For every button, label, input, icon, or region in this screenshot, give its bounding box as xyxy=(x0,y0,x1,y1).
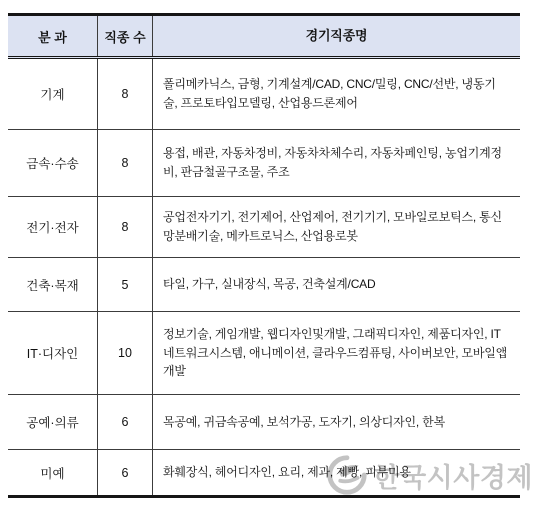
table-row: 미예 6 화훼장식, 헤어디자인, 요리, 제과, 제빵, 피부미용 xyxy=(8,450,520,495)
count-cell: 8 xyxy=(97,130,153,196)
count-cell: 6 xyxy=(97,450,153,495)
division-cell: 전기·전자 xyxy=(8,197,97,257)
table-row: 기계 8 폴리메카닉스, 금형, 기계설계/CAD, CNC/밀링, CNC/선… xyxy=(8,59,520,130)
division-cell: 미예 xyxy=(8,450,97,495)
count-cell: 10 xyxy=(97,312,153,394)
jobs-cell: 정보기술, 게임개발, 웹디자인및개발, 그래픽디자인, 제품디자인, IT네트… xyxy=(153,312,520,394)
jobs-cell: 용접, 배관, 자동차정비, 자동차차체수리, 자동차페인팅, 농업기계정비, … xyxy=(153,130,520,196)
header-cell-jobs: 경기직종명 xyxy=(153,16,520,56)
division-cell: 건축·목재 xyxy=(8,258,97,311)
jobs-cell: 타일, 가구, 실내장식, 목공, 건축설계/CAD xyxy=(153,258,520,311)
table-row: 건축·목재 5 타일, 가구, 실내장식, 목공, 건축설계/CAD xyxy=(8,258,520,312)
page: 분 과 직종 수 경기직종명 기계 8 폴리메카닉스, 금형, 기계설계/CAD… xyxy=(0,0,535,506)
jobs-cell: 목공예, 귀금속공예, 보석가공, 도자기, 의상디자인, 한복 xyxy=(153,395,520,449)
table-header-row: 분 과 직종 수 경기직종명 xyxy=(8,16,520,59)
division-cell: IT·디자인 xyxy=(8,312,97,394)
table-row: 금속·수송 8 용접, 배관, 자동차정비, 자동차차체수리, 자동차페인팅, … xyxy=(8,130,520,197)
jobs-cell: 화훼장식, 헤어디자인, 요리, 제과, 제빵, 피부미용 xyxy=(153,450,520,495)
header-cell-division: 분 과 xyxy=(8,16,97,56)
division-cell: 공예·의류 xyxy=(8,395,97,449)
competition-jobs-table: 분 과 직종 수 경기직종명 기계 8 폴리메카닉스, 금형, 기계설계/CAD… xyxy=(8,13,520,498)
table-row: 전기·전자 8 공업전자기기, 전기제어, 산업제어, 전기기기, 모바일로보틱… xyxy=(8,197,520,258)
table-row: 공예·의류 6 목공예, 귀금속공예, 보석가공, 도자기, 의상디자인, 한복 xyxy=(8,395,520,450)
count-cell: 5 xyxy=(97,258,153,311)
count-cell: 6 xyxy=(97,395,153,449)
jobs-cell: 폴리메카닉스, 금형, 기계설계/CAD, CNC/밀링, CNC/선반, 냉동… xyxy=(153,59,520,129)
division-cell: 금속·수송 xyxy=(8,130,97,196)
count-cell: 8 xyxy=(97,197,153,257)
count-cell: 8 xyxy=(97,59,153,129)
division-cell: 기계 xyxy=(8,59,97,129)
header-cell-count: 직종 수 xyxy=(97,16,153,56)
jobs-cell: 공업전자기기, 전기제어, 산업제어, 전기기기, 모바일로보틱스, 통신망분배… xyxy=(153,197,520,257)
table-row: IT·디자인 10 정보기술, 게임개발, 웹디자인및개발, 그래픽디자인, 제… xyxy=(8,312,520,395)
